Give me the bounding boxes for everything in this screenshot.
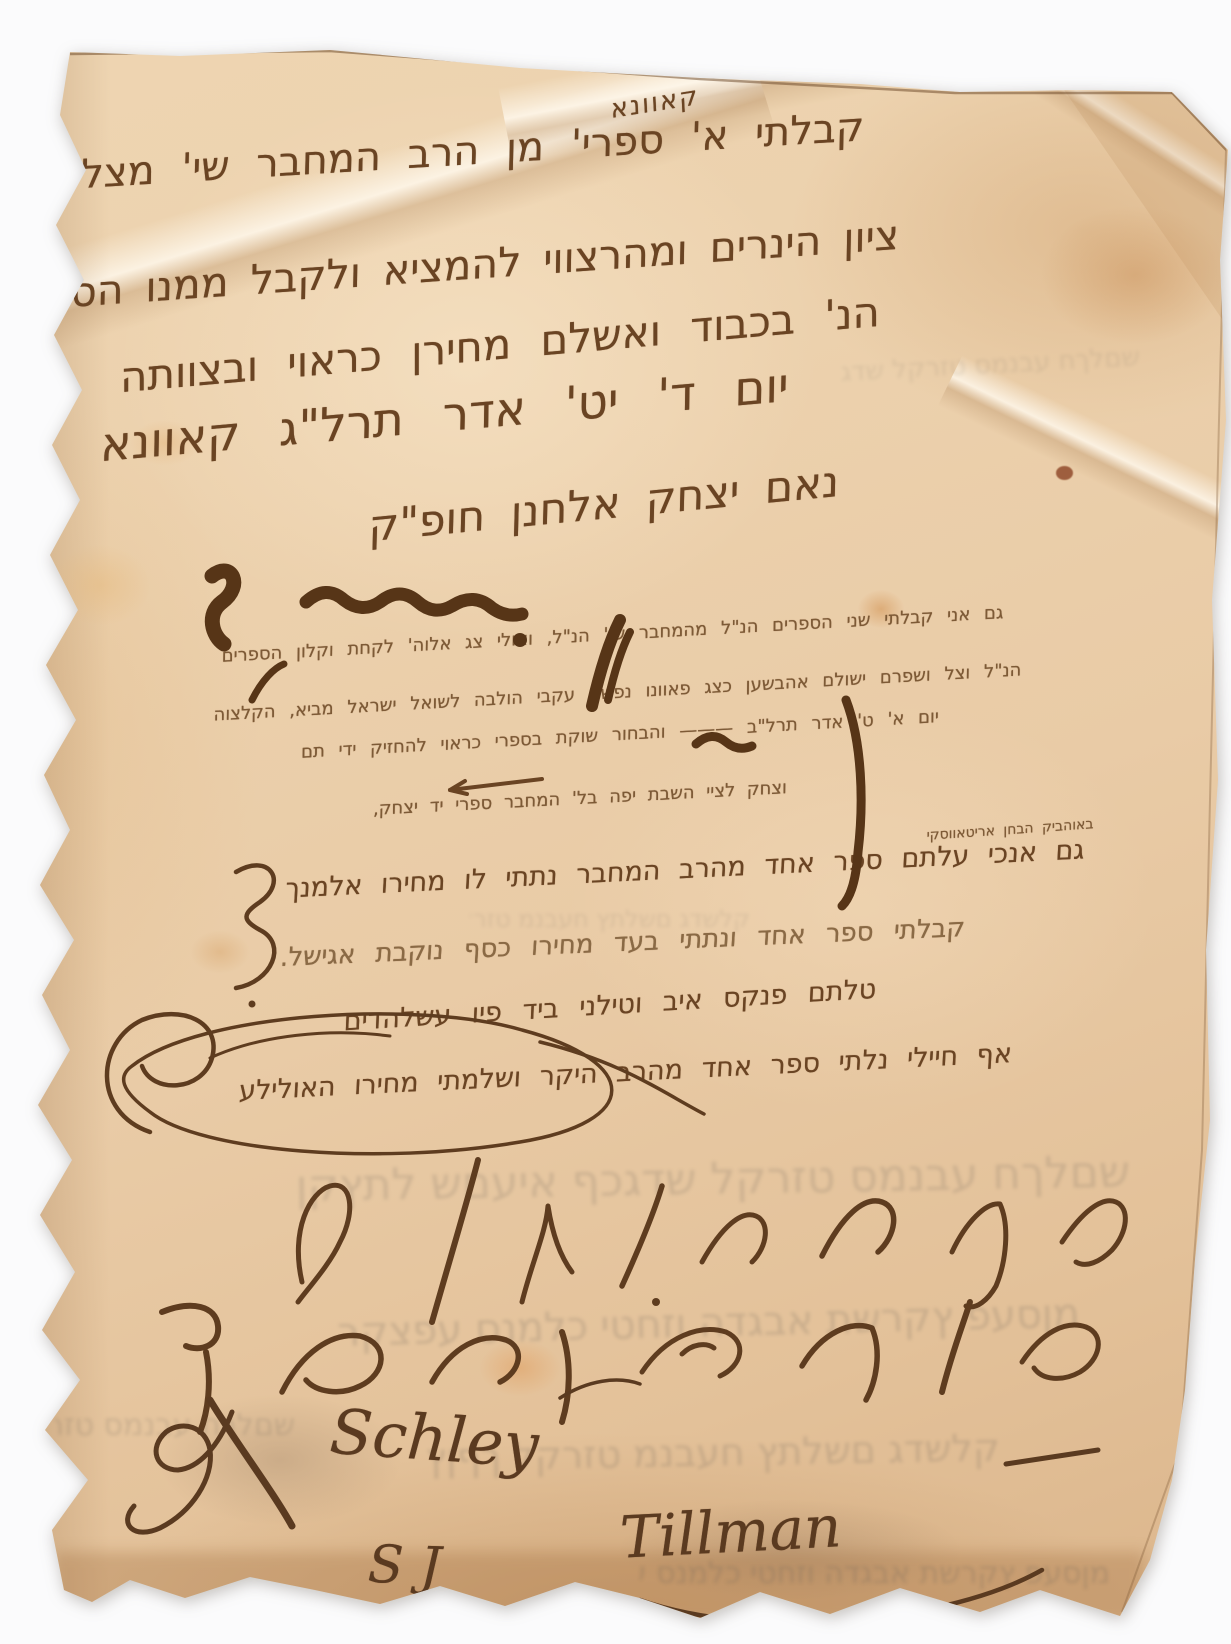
signature-scrawl-2	[162, 1302, 1098, 1432]
manuscript-page: שםלךח עבנמס טזרקל שדגכף איעםש לתץקן מןסע…	[0, 0, 1231, 1644]
flourish-numeral	[236, 865, 274, 1007]
signature-scrawl-1	[298, 1160, 1125, 1322]
ink-blot-cluster	[212, 571, 861, 906]
strike-dash	[450, 779, 542, 794]
scanner-background: שםלךח עבנמס טזרקל שדגכף איעםש לתץקן מןסע…	[0, 0, 1231, 1644]
oval-flourish	[107, 1014, 704, 1154]
latin-signature-flourish	[128, 1380, 1098, 1623]
ink-artwork	[0, 0, 1231, 1644]
page-shadow: שםלךח עבנמס טזרקל שדגכף איעםש לתץקן מןסע…	[0, 0, 1231, 1644]
